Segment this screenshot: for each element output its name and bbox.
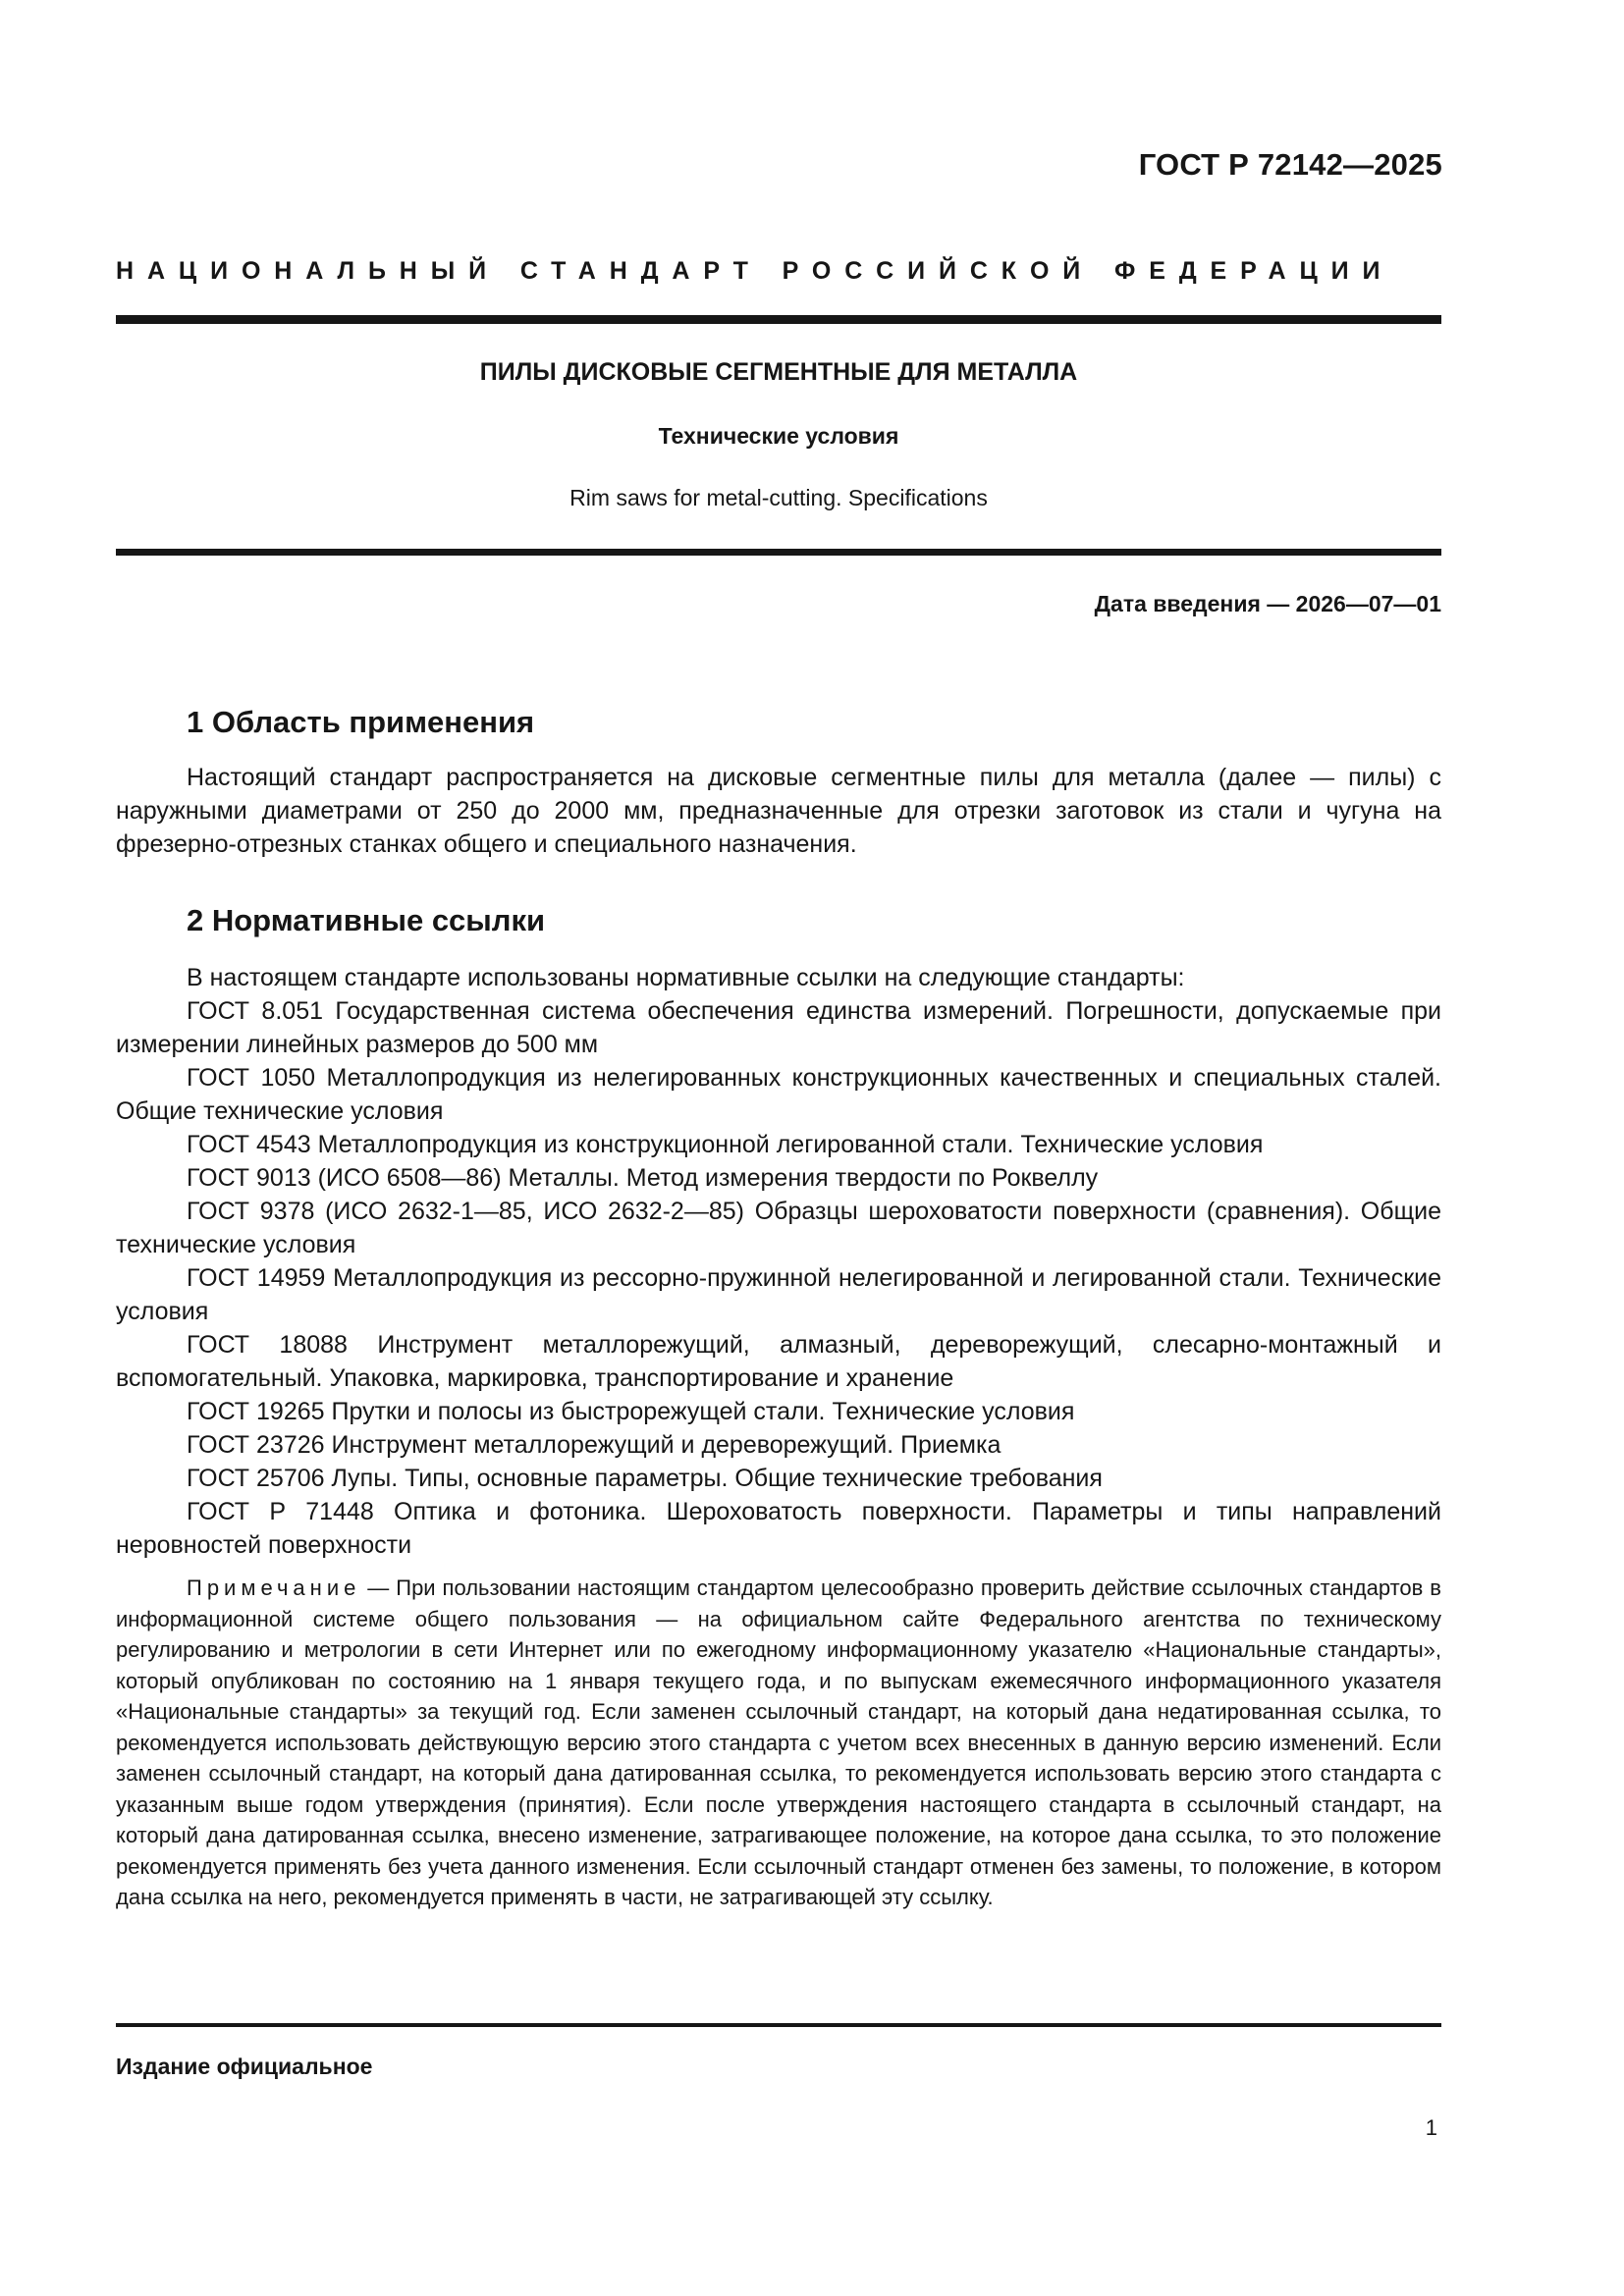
reference-code: ГОСТ 25706 (187, 1465, 325, 1492)
reference-item: ГОСТ 25706 Лупы. Типы, основные параметр… (116, 1462, 1441, 1495)
national-standard-banner: НАЦИОНАЛЬНЫЙ СТАНДАРТ РОССИЙСКОЙ ФЕДЕРАЦ… (116, 257, 1441, 286)
reference-item: ГОСТ 18088 Инструмент металлорежущий, ал… (116, 1328, 1441, 1395)
reference-item: ГОСТ 9378 (ИСО 2632-1—85, ИСО 2632-2—85)… (116, 1195, 1441, 1261)
reference-title: Металлопродукция из нелегированных конст… (116, 1064, 1441, 1125)
reference-code: ГОСТ 1050 (187, 1064, 315, 1092)
footer-divider (116, 2023, 1441, 2027)
document-subtitle: Технические условия (116, 423, 1441, 450)
reference-item: ГОСТ 23726 Инструмент металлорежущий и д… (116, 1428, 1441, 1462)
title-divider (116, 549, 1441, 556)
reference-title: Металлы. Метод измерения твердости по Ро… (508, 1164, 1098, 1192)
page-number: 1 (1426, 2115, 1437, 2141)
reference-item: ГОСТ 14959 Металлопродукция из рессорно-… (116, 1261, 1441, 1328)
references-block: В настоящем стандарте использованы норма… (116, 961, 1441, 1562)
reference-code: ГОСТ 23726 (187, 1431, 325, 1459)
document-page: ГОСТ Р 72142—2025 НАЦИОНАЛЬНЫЙ СТАНДАРТ … (0, 0, 1624, 2296)
reference-title: Металлопродукция из конструкционной леги… (318, 1131, 1264, 1158)
reference-item: ГОСТ Р 71448 Оптика и фотоника. Шерохова… (116, 1495, 1441, 1562)
references-intro: В настоящем стандарте использованы норма… (116, 961, 1441, 994)
note-text: — При пользовании настоящим стандартом ц… (116, 1575, 1441, 1909)
introduction-date: Дата введения — 2026—07—01 (1095, 591, 1441, 617)
top-divider (116, 315, 1441, 324)
reference-title: Инструмент металлорежущий и дереворежущи… (332, 1431, 1001, 1459)
english-title: Rim saws for metal-cutting. Specificatio… (116, 485, 1441, 511)
reference-item: ГОСТ 8.051 Государственная система обесп… (116, 994, 1441, 1061)
note-label: Примечание (187, 1575, 360, 1600)
references-note: Примечание — При пользовании настоящим с… (116, 1573, 1441, 1913)
reference-code: ГОСТ 18088 (187, 1331, 348, 1359)
section-heading-references: 2 Нормативные ссылки (187, 903, 545, 938)
reference-item: ГОСТ 9013 (ИСО 6508—86) Металлы. Метод и… (116, 1161, 1441, 1195)
reference-item: ГОСТ 19265 Прутки и полосы из быстрорежу… (116, 1395, 1441, 1428)
scope-paragraph: Настоящий стандарт распространяется на д… (116, 761, 1441, 861)
reference-code: ГОСТ Р 71448 (187, 1498, 374, 1525)
document-number: ГОСТ Р 72142—2025 (1139, 147, 1442, 183)
reference-code: ГОСТ 14959 (187, 1264, 325, 1292)
reference-item: ГОСТ 1050 Металлопродукция из нелегирова… (116, 1061, 1441, 1128)
document-title: ПИЛЫ ДИСКОВЫЕ СЕГМЕНТНЫЕ ДЛЯ МЕТАЛЛА (116, 358, 1441, 387)
reference-code: ГОСТ 9013 (ИСО 6508—86) (187, 1164, 502, 1192)
references-list: ГОСТ 8.051 Государственная система обесп… (116, 994, 1441, 1562)
section-heading-scope: 1 Область применения (187, 705, 534, 740)
reference-code: ГОСТ 19265 (187, 1398, 325, 1425)
reference-title: Прутки и полосы из быстрорежущей стали. … (332, 1398, 1075, 1425)
official-edition-label: Издание официальное (116, 2054, 372, 2080)
reference-item: ГОСТ 4543 Металлопродукция из конструкци… (116, 1128, 1441, 1161)
reference-code: ГОСТ 4543 (187, 1131, 311, 1158)
reference-title: Лупы. Типы, основные параметры. Общие те… (332, 1465, 1103, 1492)
reference-code: ГОСТ 9378 (ИСО 2632-1—85, ИСО 2632-2—85) (187, 1198, 744, 1225)
reference-code: ГОСТ 8.051 (187, 997, 323, 1025)
